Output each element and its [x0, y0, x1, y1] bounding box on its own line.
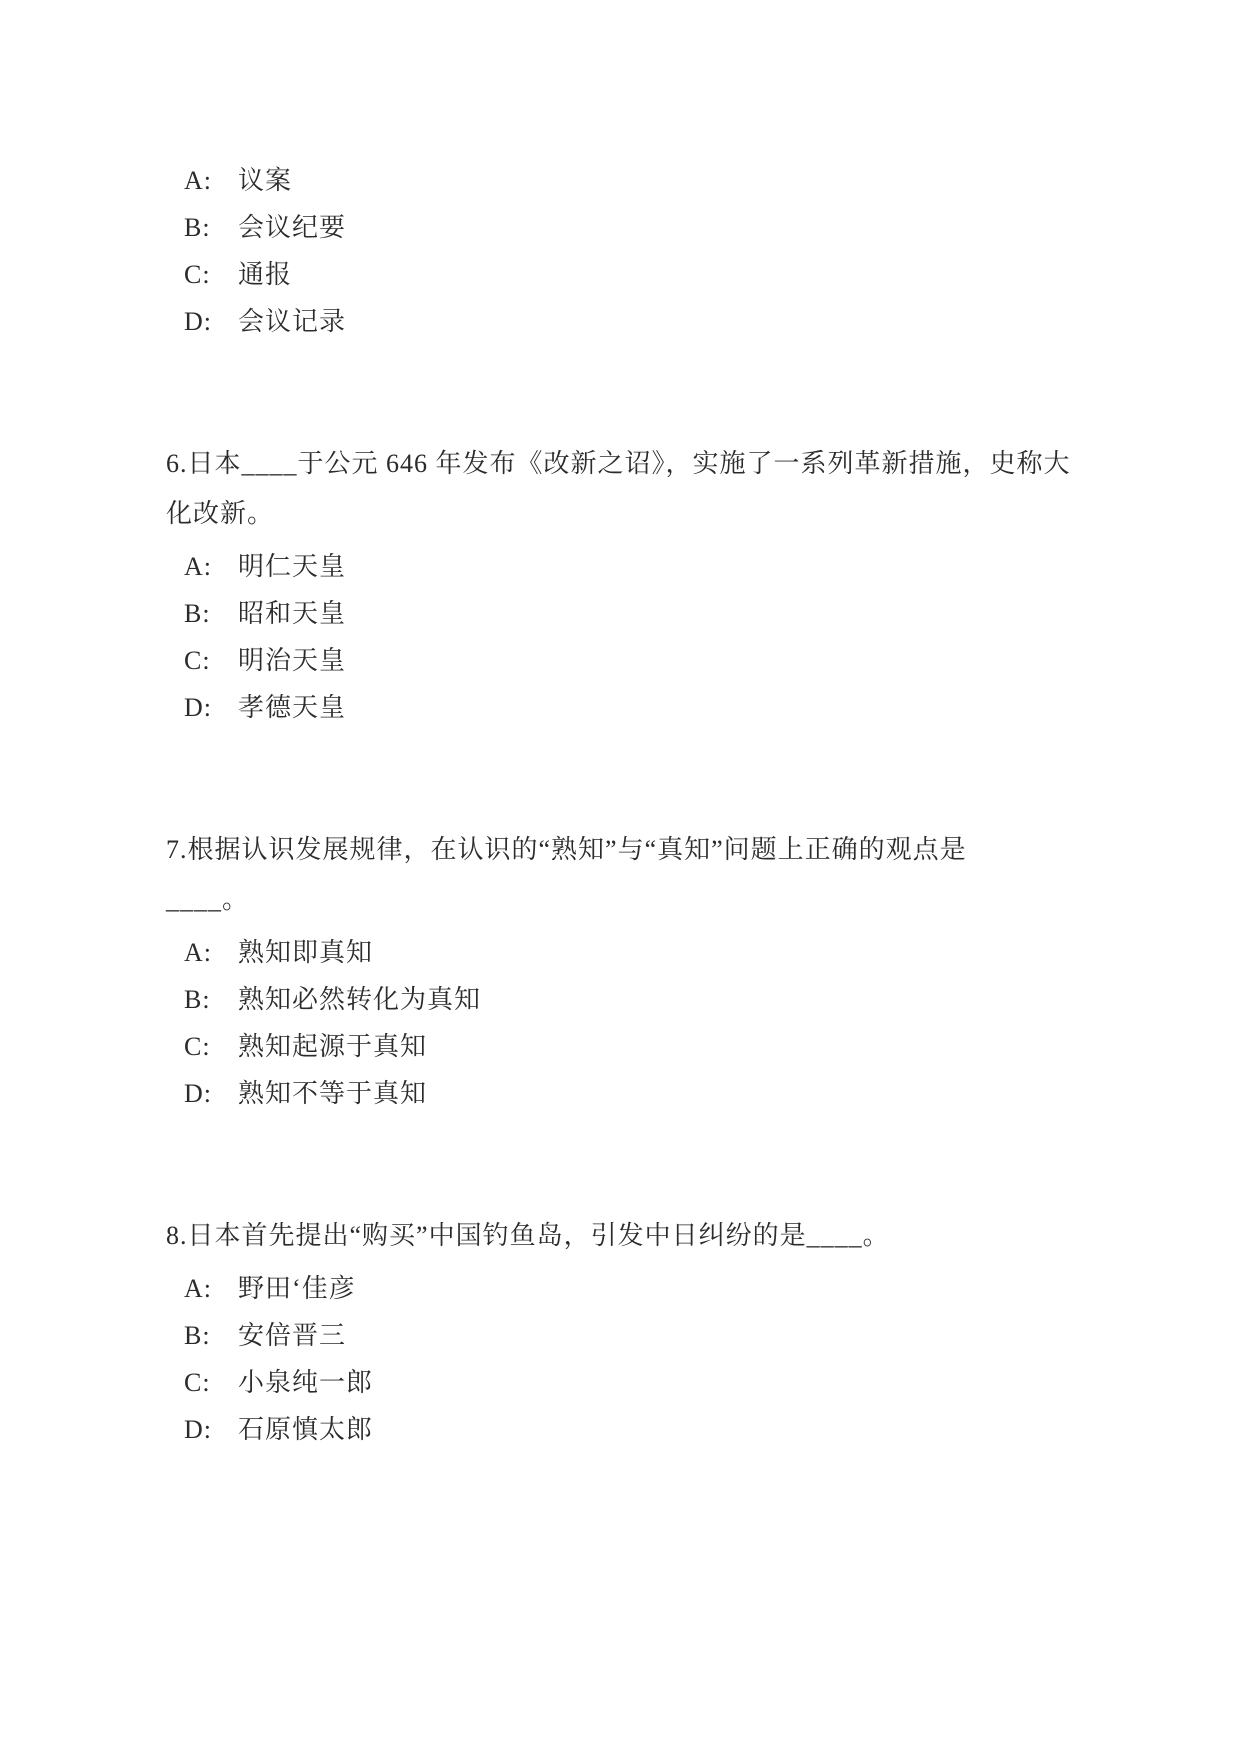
- option-text: 石原慎太郎: [238, 1406, 373, 1453]
- option-text: 熟知必然转化为真知: [238, 976, 481, 1023]
- option-label: C:: [184, 637, 238, 684]
- question-block-6: 6.日本____于公元 646 年发布《改新之诏》，实施了一系列革新措施，史称大…: [166, 439, 1074, 731]
- question-stem: 6.日本____于公元 646 年发布《改新之诏》，实施了一系列革新措施，史称大…: [166, 439, 1074, 539]
- option-row: A: 明仁天皇: [184, 543, 1074, 590]
- option-row: C: 熟知起源于真知: [184, 1023, 1074, 1070]
- question-stem-line: 8.日本首先提出“购买”中国钓鱼岛，引发中日纠纷的是____。: [166, 1211, 1074, 1261]
- option-row: A: 熟知即真知: [184, 929, 1074, 976]
- option-text: 明仁天皇: [238, 543, 346, 590]
- option-label: B:: [184, 590, 238, 637]
- option-row: C: 小泉纯一郎: [184, 1359, 1074, 1406]
- option-row: B: 熟知必然转化为真知: [184, 976, 1074, 1023]
- option-row: D: 孝德天皇: [184, 684, 1074, 731]
- option-label: A:: [184, 1265, 238, 1312]
- option-label: A:: [184, 157, 238, 204]
- option-text: 熟知不等于真知: [238, 1070, 427, 1117]
- option-text: 昭和天皇: [238, 590, 346, 637]
- option-label: B:: [184, 204, 238, 251]
- option-row: C: 通报: [184, 251, 1074, 298]
- option-label: D:: [184, 298, 238, 345]
- question-block-8: 8.日本首先提出“购买”中国钓鱼岛，引发中日纠纷的是____。 A: 野田‘佳彦…: [166, 1211, 1074, 1453]
- option-row: D: 石原慎太郎: [184, 1406, 1074, 1453]
- option-text: 会议纪要: [238, 204, 346, 251]
- option-row: C: 明治天皇: [184, 637, 1074, 684]
- option-text: 野田‘佳彦: [238, 1265, 356, 1312]
- option-text: 议案: [238, 157, 292, 204]
- option-label: B:: [184, 1312, 238, 1359]
- option-label: D:: [184, 1070, 238, 1117]
- options-list: A: 议案 B: 会议纪要 C: 通报 D: 会议记录: [166, 157, 1074, 345]
- option-text: 孝德天皇: [238, 684, 346, 731]
- question-stem-line: 化改新。: [166, 489, 1074, 539]
- option-label: D:: [184, 684, 238, 731]
- question-block-7: 7.根据认识发展规律，在认识的“熟知”与“真知”问题上正确的观点是 ____。 …: [166, 825, 1074, 1117]
- option-row: A: 野田‘佳彦: [184, 1265, 1074, 1312]
- option-text: 熟知起源于真知: [238, 1023, 427, 1070]
- exam-document-page: A: 议案 B: 会议纪要 C: 通报 D: 会议记录 6.日本____于公元 …: [166, 157, 1074, 1453]
- option-text: 小泉纯一郎: [238, 1359, 373, 1406]
- options-list: A: 明仁天皇 B: 昭和天皇 C: 明治天皇 D: 孝德天皇: [166, 543, 1074, 731]
- question-stem-line: ____。: [166, 875, 1074, 925]
- option-row: B: 昭和天皇: [184, 590, 1074, 637]
- option-label: C:: [184, 1023, 238, 1070]
- option-label: D:: [184, 1406, 238, 1453]
- option-label: B:: [184, 976, 238, 1023]
- option-label: A:: [184, 543, 238, 590]
- option-row: A: 议案: [184, 157, 1074, 204]
- question-stem: 8.日本首先提出“购买”中国钓鱼岛，引发中日纠纷的是____。: [166, 1211, 1074, 1261]
- option-text: 熟知即真知: [238, 929, 373, 976]
- question-stem-line: 7.根据认识发展规律，在认识的“熟知”与“真知”问题上正确的观点是: [166, 825, 1074, 875]
- option-row: D: 会议记录: [184, 298, 1074, 345]
- question-stem-line: 6.日本____于公元 646 年发布《改新之诏》，实施了一系列革新措施，史称大: [166, 439, 1074, 489]
- option-text: 安倍晋三: [238, 1312, 346, 1359]
- option-row: B: 安倍晋三: [184, 1312, 1074, 1359]
- options-list: A: 熟知即真知 B: 熟知必然转化为真知 C: 熟知起源于真知 D: 熟知不等…: [166, 929, 1074, 1117]
- option-row: D: 熟知不等于真知: [184, 1070, 1074, 1117]
- options-list: A: 野田‘佳彦 B: 安倍晋三 C: 小泉纯一郎 D: 石原慎太郎: [166, 1265, 1074, 1453]
- question-block-5: A: 议案 B: 会议纪要 C: 通报 D: 会议记录: [166, 157, 1074, 345]
- question-stem: 7.根据认识发展规律，在认识的“熟知”与“真知”问题上正确的观点是 ____。: [166, 825, 1074, 925]
- option-text: 会议记录: [238, 298, 346, 345]
- option-text: 明治天皇: [238, 637, 346, 684]
- option-label: C:: [184, 1359, 238, 1406]
- option-text: 通报: [238, 251, 292, 298]
- option-row: B: 会议纪要: [184, 204, 1074, 251]
- option-label: A:: [184, 929, 238, 976]
- option-label: C:: [184, 251, 238, 298]
